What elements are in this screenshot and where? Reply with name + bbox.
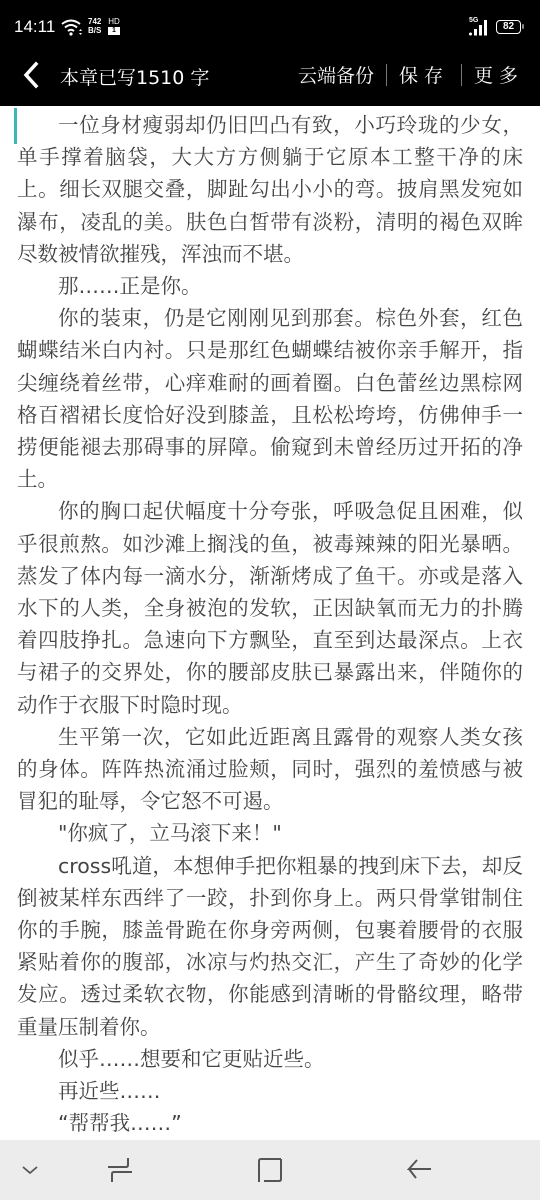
recent-apps-button[interactable]	[100, 1140, 140, 1200]
signal-icon	[469, 18, 491, 36]
back-button[interactable]	[14, 58, 48, 92]
paragraph[interactable]: 那……正是你。	[17, 270, 523, 302]
paragraph[interactable]: 一位身材瘦弱却仍旧凹凸有致，小巧玲珑的少女，单手撑着脑袋，大大方方侧躺于它原本工…	[17, 109, 523, 270]
network-speed: 742 B/S	[88, 17, 101, 35]
paragraph[interactable]: 生平第一次，它如此近距离且露骨的观察人类女孩的身体。阵阵热流涌过脸颊，同时，强烈…	[17, 721, 523, 818]
hd-indicator: HD 1	[108, 17, 120, 35]
app-header: 本章已写1510 字 云端备份 保存 更多	[0, 50, 540, 106]
net-speed-value: 742	[88, 17, 101, 26]
system-nav-bar	[0, 1140, 540, 1200]
hd-label: HD	[108, 17, 120, 26]
home-square-icon	[257, 1157, 283, 1183]
home-button[interactable]	[250, 1140, 290, 1200]
paragraph[interactable]: “帮帮我……”	[17, 1107, 523, 1139]
more-button[interactable]: 更多	[472, 61, 526, 88]
status-bar: 14:11 742 B/S HD 1 5G 82	[0, 0, 540, 50]
wifi-icon	[61, 18, 83, 36]
hide-nav-button[interactable]	[12, 1140, 48, 1200]
paragraph[interactable]: 似乎……想要和它更贴近些。	[17, 1043, 523, 1075]
chapter-text[interactable]: 一位身材瘦弱却仍旧凹凸有致，小巧玲珑的少女，单手撑着脑袋，大大方方侧躺于它原本工…	[17, 109, 523, 1140]
recent-apps-icon	[107, 1157, 133, 1183]
cloud-backup-button[interactable]: 云端备份	[296, 61, 376, 88]
save-button[interactable]: 保存	[397, 61, 451, 88]
battery-icon: 82	[496, 20, 521, 34]
word-count-title: 本章已写1510 字	[60, 63, 209, 90]
paragraph[interactable]: 再近些……	[17, 1075, 523, 1107]
hd-sim-badge: 1	[108, 27, 120, 35]
paragraph[interactable]: "你疯了，立马滚下来！"	[17, 817, 523, 849]
paragraph[interactable]: 你的装束，仍是它刚刚见到那套。棕色外套，红色蝴蝶结米白内衬。只是那红色蝴蝶结被你…	[17, 302, 523, 495]
divider	[461, 64, 462, 86]
divider	[386, 64, 387, 86]
back-arrow-icon	[407, 1158, 433, 1182]
battery-level: 82	[503, 21, 514, 32]
paragraph[interactable]: cross吼道，本想伸手把你粗暴的拽到床下去，却反倒被某样东西绊了一跤，扑到你身…	[17, 850, 523, 1043]
net-speed-unit: B/S	[88, 26, 101, 35]
back-nav-button[interactable]	[400, 1140, 440, 1200]
chevron-down-icon	[20, 1164, 40, 1176]
chapter-editor[interactable]: 一位身材瘦弱却仍旧凹凸有致，小巧玲珑的少女，单手撑着脑袋，大大方方侧躺于它原本工…	[0, 106, 540, 1140]
chevron-left-icon	[21, 61, 41, 89]
paragraph[interactable]: 你的胸口起伏幅度十分夸张，呼吸急促且困难，似乎很煎熬。如沙滩上搁浅的鱼，被毒辣辣…	[17, 495, 523, 720]
header-actions: 云端备份 保存 更多	[296, 61, 526, 88]
status-time: 14:11	[14, 17, 55, 37]
